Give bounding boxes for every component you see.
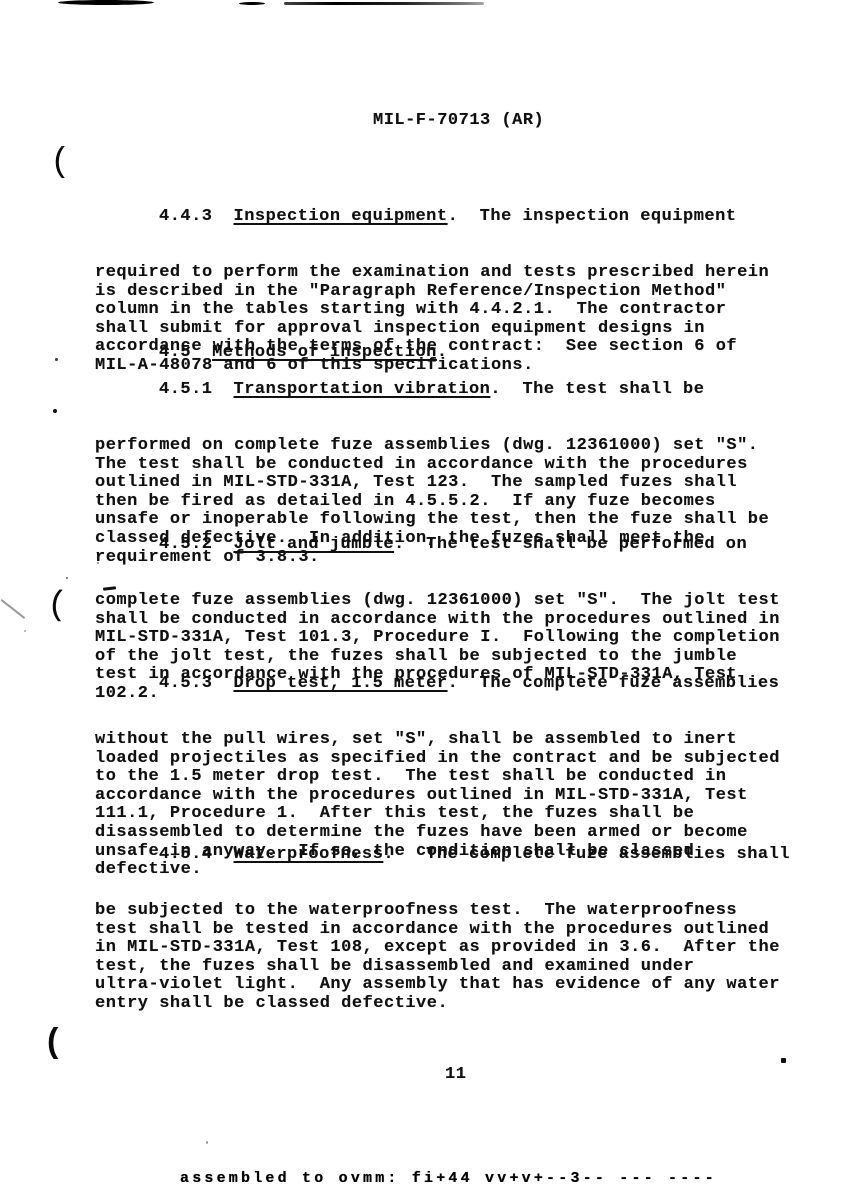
scan-streak: [58, 0, 154, 5]
scan-speck: [24, 630, 26, 632]
section-heading-rest: . The inspection equipment: [448, 207, 737, 226]
section-heading-rest: . The complete fuze assemblies shall: [383, 845, 790, 864]
margin-paren-mark: (: [50, 146, 70, 180]
scan-speck: [53, 409, 57, 413]
scan-speck: [206, 1141, 208, 1144]
margin-paren-mark: (: [43, 1027, 63, 1061]
section-body: be subjected to the waterproofness test.…: [95, 902, 835, 1014]
scan-streak: [284, 2, 484, 5]
scan-speck: [66, 577, 68, 579]
section-heading-line: 4.5.2Jolt and jumble. The test shall be …: [95, 536, 835, 555]
section-title: Drop test, 1.5 meter: [234, 674, 448, 693]
section-title: Inspection equipment: [234, 207, 448, 226]
section-number: 4.5.1: [159, 380, 213, 399]
section-4-5-4: 4.5.4Waterproofness. The complete fuze a…: [95, 809, 835, 1051]
scanned-document-page: ( ( ( MIL-F-70713 (AR) 4.4.3Inspection e…: [0, 0, 863, 1189]
document-id-header: MIL-F-70713 (AR): [373, 112, 544, 131]
section-heading-rest: . The test shall be: [490, 380, 704, 399]
section-title: Jolt and jumble: [234, 535, 395, 554]
scan-speck: [61, 146, 63, 148]
section-title: Waterproofness: [234, 845, 384, 864]
section-number: 4.5.2: [159, 535, 213, 554]
margin-slash-mark: [1, 599, 26, 619]
page-number: 11: [445, 1066, 466, 1085]
section-heading-rest: . The test shall be performed on: [394, 535, 747, 554]
bottom-scan-artifact-text: assembled to ovmm: fi+44 vv+v+--3-- --- …: [180, 1170, 840, 1182]
section-heading-line: 4.5.4Waterproofness. The complete fuze a…: [95, 846, 835, 865]
scan-streak: [239, 2, 265, 5]
section-heading-line: 4.5.3Drop test, 1.5 meter. The complete …: [95, 675, 835, 694]
section-number: 4.5.4: [159, 845, 213, 864]
section-number: 4.5.3: [159, 674, 213, 693]
section-heading-line: 4.4.3Inspection equipment. The inspectio…: [95, 208, 835, 227]
scan-speck: [781, 1058, 786, 1063]
section-number: 4.4.3: [159, 207, 213, 226]
section-heading-rest: . The complete fuze assemblies: [448, 674, 780, 693]
scan-speck: [55, 358, 58, 361]
section-title: Transportation vibration: [234, 380, 491, 399]
margin-paren-mark: (: [46, 588, 68, 623]
section-heading-line: 4.5.1Transportation vibration. The test …: [95, 381, 835, 400]
